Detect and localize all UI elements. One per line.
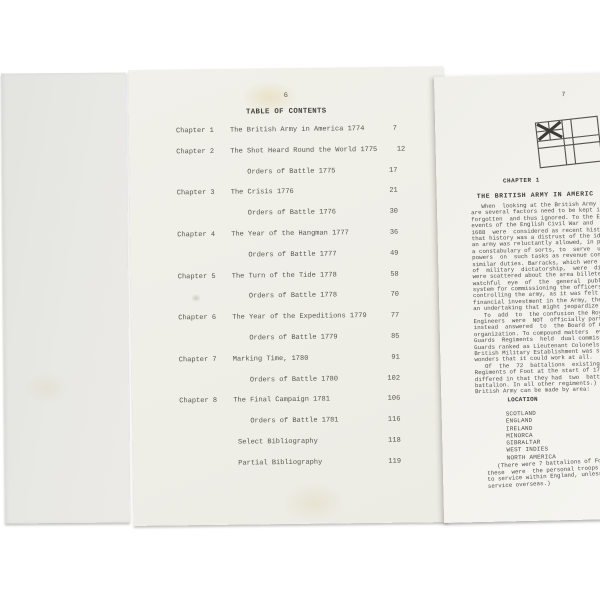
chapter-label [177, 210, 231, 219]
entry-title: Partial Bibliography [234, 458, 373, 468]
entry-title: The Year of the Hangman 1777 [231, 229, 370, 239]
chapter-label: Chapter 6 [178, 314, 232, 323]
body-text: When looking at the British Army on t ar… [471, 201, 600, 396]
toc-title: TABLE OF CONTENTS [129, 106, 444, 118]
entry-title: The Crisis 1776 [231, 187, 370, 197]
location-table-header: LOCATION NUMBE [507, 393, 600, 403]
chapter-page: 7 CH [434, 73, 600, 523]
chapter-label [179, 376, 233, 385]
chapter-label [180, 459, 234, 468]
chapter-label: Chapter 2 [176, 147, 230, 156]
chapter-label [176, 168, 230, 177]
entry-title: The Shot Heard Round the World 1775 [230, 146, 377, 156]
entry-title: The Year of the Expeditions 1779 [232, 312, 371, 322]
toc-entry-row: Orders of Battle 1779 85 [178, 333, 399, 344]
toc-entry-row: Partial Bibliography 119 [180, 457, 401, 468]
entry-title: Orders of Battle 1777 [231, 250, 370, 260]
entry-page-number: 106 [372, 395, 400, 403]
toc-entry-row: Orders of Battle 1776 30 [177, 208, 398, 219]
toc-page-number: 6 [129, 90, 444, 102]
entry-title: Orders of Battle 1775 [230, 167, 369, 177]
toc-entry-row: Chapter 1 The British Army in America 17… [176, 125, 397, 136]
photo-of-document-pages: 6 TABLE OF CONTENTS Chapter 1 The Britis… [0, 0, 600, 600]
toc-entry-row: Chapter 8 The Final Campaign 1781 106 [179, 395, 400, 406]
chapter-label: Chapter 5 [178, 272, 232, 281]
entry-page-number: 119 [373, 457, 401, 465]
chapter-label: Chapter 7 [179, 355, 233, 364]
entry-page-number: 12 [377, 145, 405, 153]
entry-title: Orders of Battle 1776 [231, 208, 370, 218]
entry-page-number: 91 [372, 353, 400, 361]
chapter-label [180, 439, 234, 448]
entry-title: Marking Time, 1780 [233, 354, 372, 364]
union-flag-icon [534, 114, 600, 176]
entry-title: Orders of Battle 1780 [233, 375, 372, 385]
chapter-label [179, 418, 233, 427]
entry-page-number: 102 [372, 374, 400, 382]
toc-entry-row: Orders of Battle 1781 116 [179, 416, 400, 427]
chapter-label: Chapter 3 [177, 189, 231, 198]
entry-page-number: 58 [371, 270, 399, 278]
toc-entry-row: Orders of Battle 1777 49 [177, 249, 398, 260]
toc-entry-row: Orders of Battle 1775 17 [176, 166, 397, 177]
entry-title: Select Bibliography [234, 437, 373, 447]
entry-page-number: 7 [369, 125, 397, 133]
paper-stain [24, 373, 70, 403]
entry-title: Orders of Battle 1778 [232, 291, 371, 301]
entry-page-number: 77 [371, 312, 399, 320]
chapter-label [178, 293, 232, 302]
chapter-label: Chapter 1 [176, 127, 230, 136]
entry-title: The British Army in America 1774 [230, 125, 369, 135]
paper-stain [283, 482, 343, 523]
footnote-text: (There were 7 battalions of Foot these w… [487, 457, 600, 490]
under-sheet-edge [1, 72, 130, 523]
entry-page-number: 30 [370, 208, 398, 216]
entry-page-number: 116 [372, 416, 400, 424]
chapter-title: THE BRITISH ARMY IN AMERIC [477, 190, 594, 200]
toc-entry-row: Select Bibliography 118 [180, 437, 401, 448]
entry-page-number: 70 [371, 291, 399, 299]
toc-entry-list: Chapter 1 The British Army in America 17… [176, 125, 401, 481]
location-list: SCOTLAND ENGLAND IRELAND MINORCA GIBRALT… [506, 409, 557, 461]
entry-title: Orders of Battle 1779 [232, 333, 371, 343]
chapter-label: Chapter 8 [179, 397, 233, 406]
entry-title: The Turn of the Tide 1778 [232, 271, 371, 281]
entry-page-number: 17 [369, 166, 397, 174]
entry-page-number: 85 [371, 333, 399, 341]
toc-entry-row: Chapter 2 The Shot Heard Round the World… [176, 145, 397, 156]
toc-entry-row: Chapter 3 The Crisis 1776 21 [177, 187, 398, 198]
toc-entry-row: Orders of Battle 1780 102 [179, 374, 400, 385]
toc-entry-row: Orders of Battle 1778 70 [178, 291, 399, 302]
chapter-label [177, 251, 231, 260]
toc-entry-row: Chapter 5 The Turn of the Tide 1778 58 [178, 270, 399, 281]
entry-page-number: 36 [370, 229, 398, 237]
chapter-label: Chapter 4 [177, 231, 231, 240]
entry-page-number: 49 [370, 249, 398, 257]
chapter-label [178, 335, 232, 344]
toc-entry-row: Chapter 6 The Year of the Expeditions 17… [178, 312, 399, 323]
entry-page-number: 21 [370, 187, 398, 195]
chapter-heading: CHAPTER 1 [436, 175, 600, 186]
entry-title: The Final Campaign 1781 [233, 395, 372, 405]
toc-entry-row: Chapter 7 Marking Time, 1780 91 [179, 353, 400, 364]
toc-entry-row: Chapter 4 The Year of the Hangman 1777 3… [177, 229, 398, 240]
entry-page-number: 118 [373, 437, 401, 445]
entry-title: Orders of Battle 1781 [233, 416, 372, 426]
toc-page: 6 TABLE OF CONTENTS Chapter 1 The Britis… [128, 66, 449, 526]
chapter-page-number: 7 [561, 91, 565, 98]
